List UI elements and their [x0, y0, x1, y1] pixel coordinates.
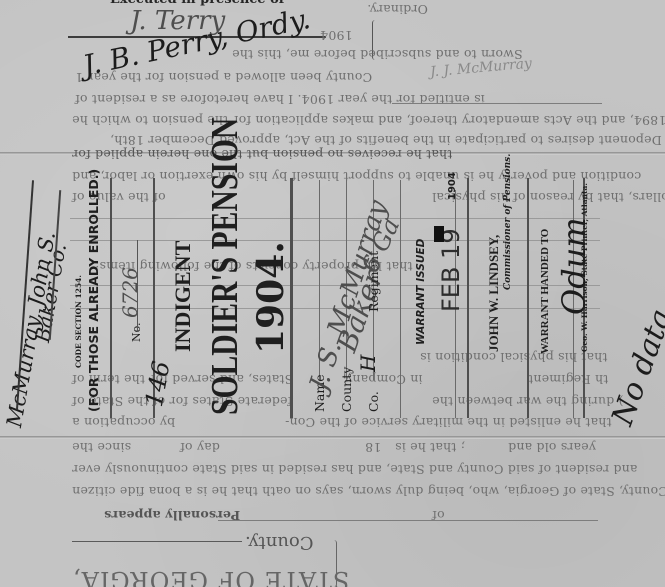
rule-warrant-left: [400, 180, 401, 418]
personally-rule: [218, 520, 598, 521]
year-1904-text: 1904: [320, 28, 353, 43]
paper-fold-bottom: [0, 436, 665, 439]
warrant-handed-label: WARRANT HANDED TO: [539, 229, 551, 354]
ordinary-text: Ordinary.: [367, 2, 428, 17]
acts-line: 1894, and the Acts amendatory thereof, a…: [72, 113, 665, 128]
commissioner-title: Commissioner of Pensions.: [503, 154, 513, 290]
occupation-line: by occupation a: [72, 415, 175, 430]
code-section: CODE SECTION 1254.: [74, 275, 83, 368]
warrant-year: 1904: [447, 172, 458, 200]
company-line: in Company: [345, 372, 423, 387]
since-line: since the: [72, 440, 131, 455]
condition-line: condition and poverty he is unable to su…: [72, 169, 641, 184]
enlisted-line: that he enlisted in the military service…: [285, 415, 612, 430]
co-label: Co.: [366, 391, 381, 412]
of-text: of: [432, 508, 445, 523]
county-label: County: [339, 367, 354, 412]
no-pension-line: that he receives no pension but the one …: [72, 147, 452, 162]
county-state-line: County, State of Georgia, who, being dul…: [72, 484, 665, 499]
rule-lindsey: [467, 178, 469, 418]
county-label: County.: [245, 532, 314, 553]
commissioner-name: JOHN W. LINDSEY,: [486, 235, 502, 352]
entitled-line: is entitled for the year 1904. I have he…: [75, 92, 485, 107]
day-of-text: day of: [180, 440, 220, 455]
scanned-document: Executed in presence of Ordinary. 1904 S…: [0, 0, 665, 587]
eighteen-text: 18: [365, 440, 381, 455]
pension-number: 6726: [118, 267, 142, 318]
co-value: H: [356, 355, 380, 372]
county-rule: [72, 541, 242, 542]
ruled-line: [70, 218, 600, 219]
entitled-rule: [392, 103, 602, 104]
pension-year: 1904.: [250, 241, 292, 354]
rule-handed: [527, 178, 529, 418]
physical-line: that his physical condition is: [420, 350, 607, 365]
resident-line: and resident of said County and State, a…: [72, 462, 637, 477]
state-heading: STATE OF GEORGIA,: [72, 566, 349, 587]
that-he-is-text: ; that he is: [395, 440, 465, 455]
no-data-note: No data: [605, 304, 665, 430]
indigent-heading: INDIGENT: [170, 241, 196, 352]
federate-line: federate States for of the State of: [72, 394, 292, 409]
for-those-already-enrolled: (FOR THOSE ALREADY ENROLLED.): [86, 169, 101, 412]
soldiers-pension-text: SOLDIER'S PENSION: [203, 118, 247, 415]
printer-credit: Geo. W. Harrison, State Printer, Atlanta…: [580, 183, 589, 352]
served-line: States, and served for the term of: [72, 372, 293, 387]
warrant-issued-label: WARRANT ISSUED: [415, 239, 427, 345]
date-stamp-mark: [434, 226, 444, 242]
regiment-line: th Regiment: [528, 372, 608, 387]
ruled-line: [70, 240, 600, 241]
years-old-text: years old and: [508, 440, 596, 455]
deponent-line: Deponent desires to participate in the b…: [110, 133, 662, 148]
soldiers-pension-heading: SOLDIER'S PENSION: [203, 34, 247, 415]
rule-left: [110, 178, 112, 418]
